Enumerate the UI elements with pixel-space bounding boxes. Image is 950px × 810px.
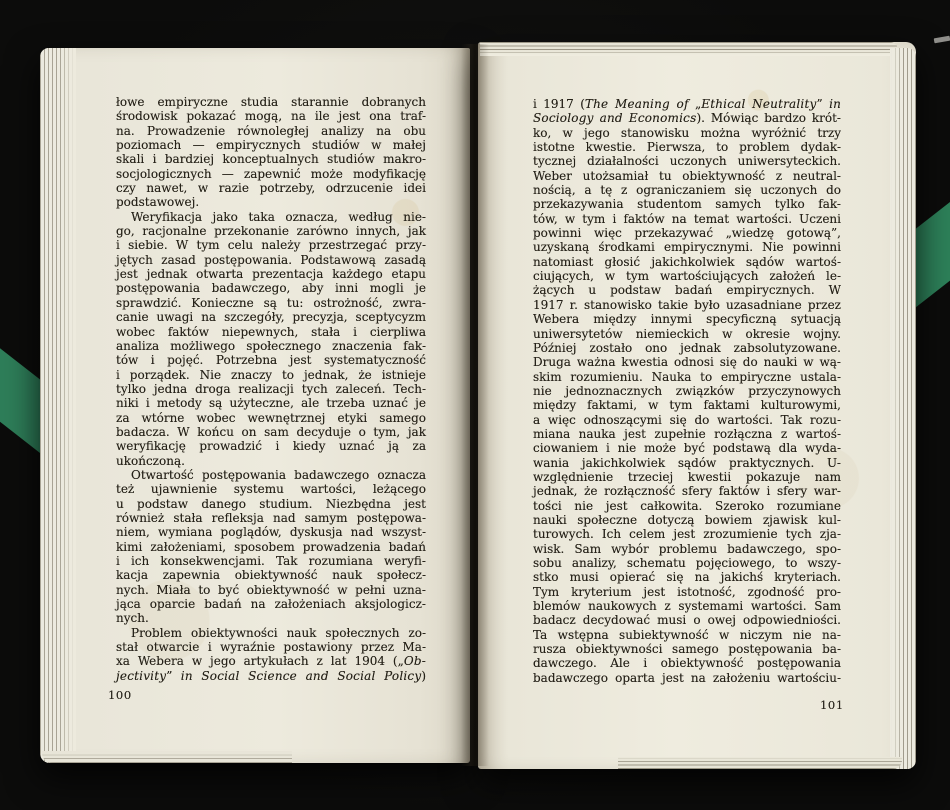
page-edges-right xyxy=(890,48,916,769)
text-line: niki i metody są użyteczne, ale trzeba u… xyxy=(116,396,426,410)
right-page: i 1917 (The Meaning of „Ethical Neutrali… xyxy=(478,42,916,769)
text-line: Ta wstępna subiektywność w niczym nie na… xyxy=(533,628,841,642)
text-line: Webera między innymi specyficzną sytuacj… xyxy=(533,312,841,326)
text-line: tycznej działalności uczonych uniwersyte… xyxy=(533,154,841,168)
text-line: ukończoną. xyxy=(116,454,426,468)
text-line: Problem obiektywności nauk społecznych z… xyxy=(116,626,426,640)
text-line: badacz decydować musi o owej odpowiednio… xyxy=(533,613,841,627)
text-line: Później zostało ono jednak zabsolutyzowa… xyxy=(533,341,841,355)
text-line: kacja zapewnia obiektywność nauk społecz… xyxy=(116,568,426,582)
text-line: rusza obiektywności samego postępowania … xyxy=(533,642,841,656)
page-edges-bottom-right xyxy=(618,757,902,769)
text-line: 1917 r. stanowisko takie było uzasadnian… xyxy=(533,298,841,312)
text-line: przekazywania studentom samych tylko fak… xyxy=(533,197,841,211)
text-line: jednak, że rozłączność sfery faktów i sf… xyxy=(533,484,841,498)
page-edges-left xyxy=(40,48,76,763)
text-line: tów i pojęć. Potrzebna jest systematyczn… xyxy=(116,353,426,367)
text-line: natomiast głosić jakichkolwiek sądów war… xyxy=(533,255,841,269)
text-line: niem, wymiana poglądów, dyskusja nad wsz… xyxy=(116,525,426,539)
text-line: między faktami, w tym faktami kulturowym… xyxy=(533,398,841,412)
text-line: i ich konsekwencjami. Tak rozumiana wery… xyxy=(116,554,426,568)
text-line: tylko jedna droga realizacji tych zalece… xyxy=(116,382,426,396)
text-line: środowisk pokazać mogą, na ile jest ona … xyxy=(116,109,426,123)
open-book: łowe empiryczne studia starannie dobrany… xyxy=(0,0,950,810)
text-line: analiza możliwego społecznego znaczenia … xyxy=(116,339,426,353)
text-line: ko, w jego stanowisku można wyróżnić trz… xyxy=(533,126,841,140)
text-line: jectivity” in Social Science and Social … xyxy=(116,669,426,683)
text-line: Tym kryterium jest istotność, zgodność p… xyxy=(533,585,841,599)
text-line: też ujawnienie systemu wartości, leżąceg… xyxy=(116,482,426,496)
text-line: na. Prowadzenie równoległej analizy na o… xyxy=(116,124,426,138)
page-edges-top xyxy=(480,42,898,56)
text-line: xa Webera w jego artykułach z lat 1904 (… xyxy=(116,654,426,668)
left-page-text: łowe empiryczne studia starannie dobrany… xyxy=(116,95,426,683)
text-line: blemów naukowych z systemami wartości. S… xyxy=(533,599,841,613)
text-line: Druga ważna kwestia odnosi się do nauki … xyxy=(533,355,841,369)
text-line: a więc odnoszącymi się do wartości. Tak … xyxy=(533,413,841,427)
text-line: canie uwagi na szczegóły, precyzja, scep… xyxy=(116,310,426,324)
text-line: Weber utożsamiał tu obiektywność z neutr… xyxy=(533,169,841,183)
text-line: turowych. Ich celem jest zrozumienie tyc… xyxy=(533,527,841,541)
text-line: wobec faktów niepewnych, stała i cierpli… xyxy=(116,325,426,339)
text-line: u podstaw danego studium. Niezbędna jest xyxy=(116,497,426,511)
text-line: ciujących, w tym wartościujących założeń… xyxy=(533,269,841,283)
text-line: weryfikację prowadzić i kiedy uznać ją z… xyxy=(116,439,426,453)
text-line: względnienie trzeciej kwestii pokazuje n… xyxy=(533,470,841,484)
text-line: i siebie. W tym celu należy przestrzegać… xyxy=(116,238,426,252)
left-page: łowe empiryczne studia starannie dobrany… xyxy=(40,48,470,763)
text-line: jętych zasad postępowania. Podstawową za… xyxy=(116,253,426,267)
book-scan-photo: łowe empiryczne studia starannie dobrany… xyxy=(0,0,950,810)
text-line: również stała refleksja nad samym postęp… xyxy=(116,511,426,525)
text-line: jest jednak otwarta prezentacja każdego … xyxy=(116,267,426,281)
text-line: miana nauka jest zupełnie rozłączna z wa… xyxy=(533,427,841,441)
text-line: łowe empiryczne studia starannie dobrany… xyxy=(116,95,426,109)
text-line: kimi założeniami, sposobem prowadzenia b… xyxy=(116,540,426,554)
text-line: jąca oparcie badań na założeniach aksjol… xyxy=(116,597,426,611)
text-line: istotne kwestie. Pierwsza, to problem dy… xyxy=(533,140,841,154)
text-line: Otwartość postępowania badawczego oznacz… xyxy=(116,468,426,482)
page-edges-bottom-left xyxy=(42,751,292,763)
text-line: uniwersytetów niemieckich w okresie wojn… xyxy=(533,327,841,341)
text-line: nie jednoznacznych związków przyczynowyc… xyxy=(533,384,841,398)
text-line: czy nawet, w razie potrzeby, odrzucenie … xyxy=(116,181,426,195)
text-line: Sociology and Economics). Mówiąc bardzo … xyxy=(533,111,841,125)
text-line: wisk. Sam wybór problemu badawczego, spo… xyxy=(533,542,841,556)
text-line: powinni więc przekazywać „wiedzę gotową”… xyxy=(533,226,841,240)
text-line: Weryfikacja jako taka oznacza, według ni… xyxy=(116,210,426,224)
text-line: skali i bardziej konceptualnych studiów … xyxy=(116,152,426,166)
text-line: i 1917 (The Meaning of „Ethical Neutrali… xyxy=(533,97,841,111)
text-line: sobu analizy, schematu pojęciowego, to w… xyxy=(533,556,841,570)
text-line: ciowaniem i nie może być podstawą dla wy… xyxy=(533,441,841,455)
left-page-number: 100 xyxy=(108,688,132,702)
text-line: i porządek. Nie znaczy to jednak, że ist… xyxy=(116,368,426,382)
text-line: tów, w tym i faktów na temat wartości. U… xyxy=(533,212,841,226)
text-line: żących u podstaw badań empirycznych. W xyxy=(533,283,841,297)
text-line: za wtórne wobec wewnętrznej etyki samego xyxy=(116,411,426,425)
text-line: stał otwarcie i wyraźnie postawiony prze… xyxy=(116,640,426,654)
text-line: nych. xyxy=(116,611,426,625)
text-line: tości nie jest całkowita. Szeroko rozumi… xyxy=(533,499,841,513)
text-line: skim rozumieniu. Nauka to empiryczne ust… xyxy=(533,370,841,384)
text-line: socjologicznych — zapewnić może modyfika… xyxy=(116,167,426,181)
text-line: poziomach — empirycznych studiów w małej xyxy=(116,138,426,152)
text-line: postępowania badawczego, aby inni mogli … xyxy=(116,281,426,295)
text-line: stko musi opierać się na jakichś kryteri… xyxy=(533,570,841,584)
text-line: nością, a tę z ograniczaniem się uczonyc… xyxy=(533,183,841,197)
text-line: badacza. W końcu on sam decyduje o tym, … xyxy=(116,425,426,439)
right-page-number: 101 xyxy=(820,698,844,712)
text-line: wania jakichkolwiek sądów praktycznych. … xyxy=(533,456,841,470)
text-line: podstawowej. xyxy=(116,195,426,209)
text-line: nauki społeczne dotyczą bowiem zjawisk k… xyxy=(533,513,841,527)
text-line: badawczego oparta jest na założeniu wart… xyxy=(533,671,841,685)
text-line: uzyskaną środkami empirycznymi. Nie powi… xyxy=(533,240,841,254)
text-line: sprawdzić. Konieczne są tu: ostrożność, … xyxy=(116,296,426,310)
text-line: dawczego. Ale i obiektywność postępowani… xyxy=(533,656,841,670)
text-line: nych. Miała to być obiektywność w pełni … xyxy=(116,583,426,597)
right-page-text: i 1917 (The Meaning of „Ethical Neutrali… xyxy=(533,97,841,685)
text-line: go, racjonalne przekonanie zarówno innyc… xyxy=(116,224,426,238)
